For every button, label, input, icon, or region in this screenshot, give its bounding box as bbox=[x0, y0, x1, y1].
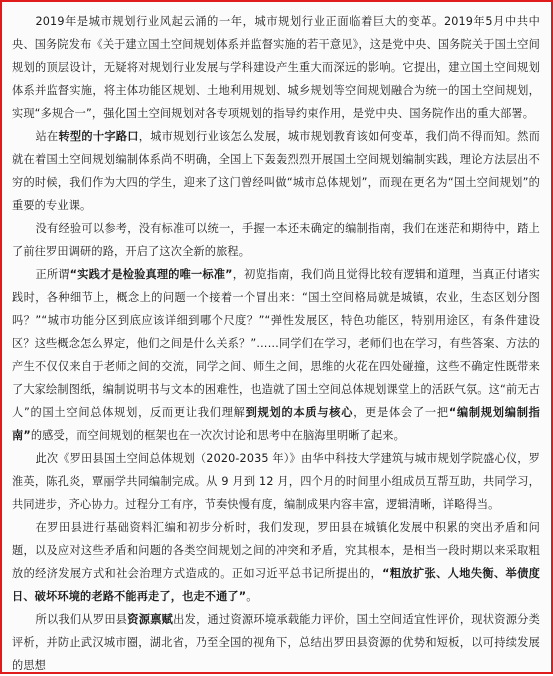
paragraph-3-text: 没有经验可以参考，没有标准可以统一，手握一本还未确定的编制指南，我们在迷茫和期待… bbox=[12, 222, 540, 258]
paragraph-5-text: 此次《罗田县国土空间总体规划（2020-2035 年）》由华中科技大学建筑与城市… bbox=[12, 452, 540, 511]
paragraph-1-text: 2019年是城市规划行业风起云涌的一年，城市规划行业正面临着巨大的变革。2019… bbox=[12, 15, 540, 120]
paragraph-4-text-d: 的感受，而空间规划的框架也在一次次讨论和思考中在脑海里明晰了起来。 bbox=[31, 429, 405, 442]
paragraph-4-emphasis-quote: “实践才是检验真理的唯一标准” bbox=[70, 268, 233, 281]
paragraph-1: 2019年是城市规划行业风起云涌的一年，城市规划行业正面临着巨大的变革。2019… bbox=[12, 10, 540, 125]
paragraph-3: 没有经验可以参考，没有标准可以统一，手握一本还未确定的编制指南，我们在迷茫和期待… bbox=[12, 217, 540, 263]
paragraph-6-text-b: 。 bbox=[246, 590, 257, 603]
paragraph-5: 此次《罗田县国土空间总体规划（2020-2035 年）》由华中科技大学建筑与城市… bbox=[12, 447, 540, 516]
paragraph-7: 所以我们从罗田县资源禀赋出发，通过资源环境承载能力评价，国土空间适宜性评价，现状… bbox=[12, 608, 540, 674]
paragraph-2-emphasis: 转型的十字路口 bbox=[58, 130, 138, 143]
paragraph-6: 在罗田县进行基础资料汇编和初步分析时，我们发现，罗田县在城镇化发展中积累的突出矛… bbox=[12, 516, 540, 608]
paragraph-4-text-b: ，初览指南，我们尚且觉得比较有逻辑和道理，当真正付诸实践时，各种细节上，概念上的… bbox=[12, 268, 540, 419]
paragraph-2-text-a: 站在 bbox=[36, 130, 59, 143]
paragraph-2: 站在转型的十字路口，城市规划行业该怎么发展，城市规划教育该如何变革，我们尚不得而… bbox=[12, 125, 540, 217]
paragraph-7-text-a: 所以我们从罗田县 bbox=[36, 613, 128, 626]
document-body: 2019年是城市规划行业风起云涌的一年，城市规划行业正面临着巨大的变革。2019… bbox=[12, 10, 540, 674]
paragraph-4-text-c: ，更是体会了一把 bbox=[353, 406, 449, 419]
paragraph-7-emphasis: 资源禀赋 bbox=[127, 613, 173, 626]
paragraph-4-text-a: 正所谓 bbox=[36, 268, 70, 281]
paragraph-4: 正所谓“实践才是检验真理的唯一标准”，初览指南，我们尚且觉得比较有逻辑和道理，当… bbox=[12, 263, 540, 447]
document-page: 2019年是城市规划行业风起云涌的一年，城市规划行业正面临着巨大的变革。2019… bbox=[0, 0, 553, 674]
paragraph-4-emphasis-core: 到规划的本质与核心 bbox=[246, 406, 354, 419]
